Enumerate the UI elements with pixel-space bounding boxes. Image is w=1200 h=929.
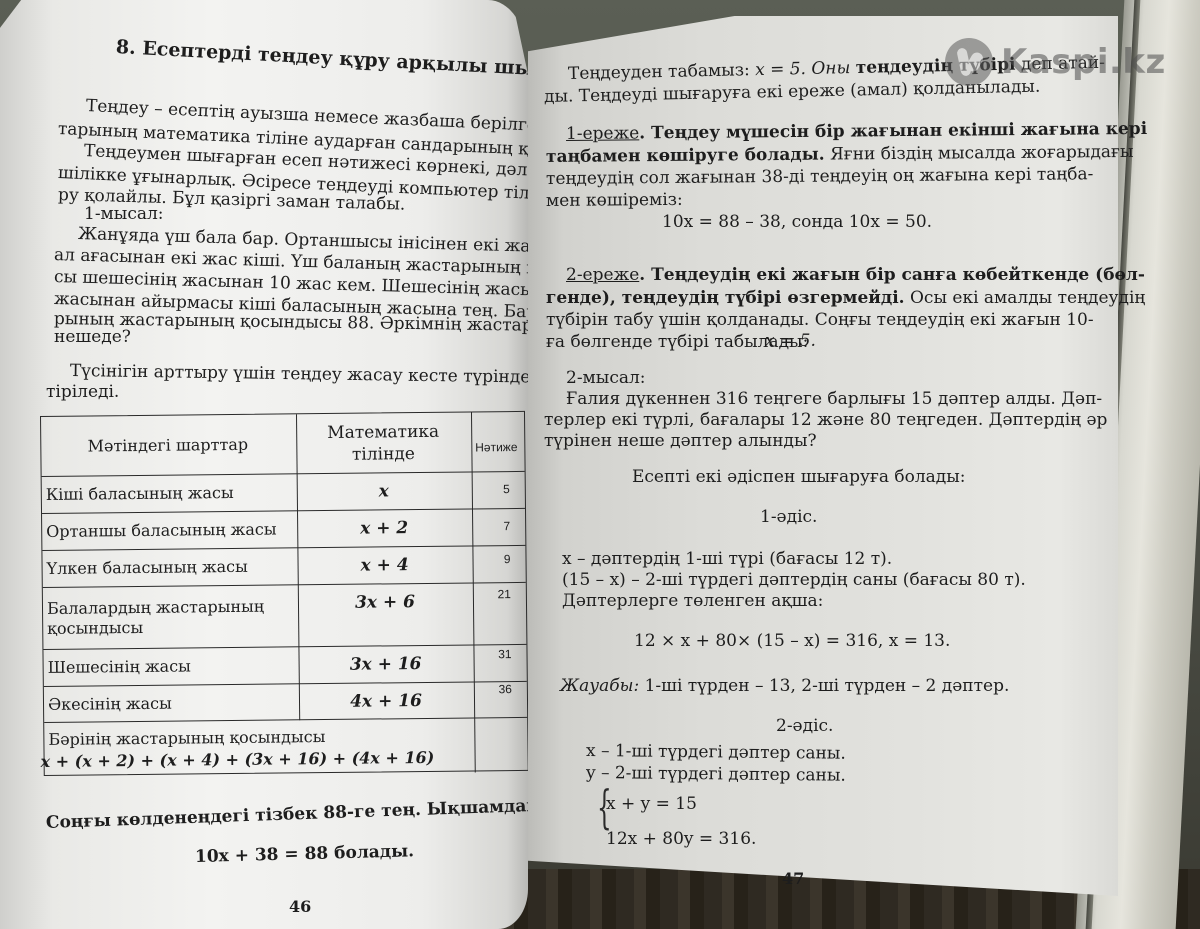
table-row: Ортаншы баласының жасы x + 2 7 — [42, 509, 525, 551]
row-result: 21 — [473, 587, 523, 602]
row-math: 4x + 16 — [301, 683, 471, 720]
rule1-equation: 10x = 88 – 38, сонда 10x = 50. — [662, 211, 932, 233]
rule2-label: 2-ереже — [566, 265, 639, 285]
system-equation-2: 12x + 80y = 316. — [606, 828, 756, 850]
row-result: 5 — [472, 482, 522, 497]
row-condition: Шешесінің жасы — [47, 647, 292, 686]
table-row: Балалардың жастарының қосындысы 3x + 6 2… — [43, 583, 527, 650]
example-line: нешеде? — [54, 326, 131, 348]
kaspi-logo-icon — [945, 38, 993, 86]
header-result: Нәтиже — [471, 440, 521, 455]
page-number-left: 46 — [289, 896, 311, 918]
row-math: x — [299, 473, 469, 511]
row-result: 31 — [473, 647, 523, 662]
answer-text: 1-ші түрден – 13, 2-ші түрден – 2 дәптер… — [639, 676, 1009, 696]
equation-table: Мәтіндегі шарттар Математика тілінде Нәт… — [40, 411, 529, 776]
row-result: 36 — [474, 682, 524, 697]
method1-title: 1-әдіс. — [760, 506, 817, 528]
watermark-text: Kaspi.kz — [1001, 42, 1166, 82]
rule2-line: түбірін табу үшін қолданады. Соңғы теңде… — [546, 309, 1094, 331]
example2-line: Ғалия дүкеннен 316 теңгеге барлығы 15 дә… — [566, 388, 1102, 410]
table-row: Үлкен баласының жасы x + 4 9 — [42, 546, 525, 588]
example-label: 1-мысал: — [84, 203, 164, 225]
table-total-row: Бәрінің жастарының қосындысы x + (x + 2)… — [44, 718, 528, 775]
method1-line: Дәптерлерге төленген ақша: — [562, 590, 823, 612]
example2-line: түрінен неше дәптер алынды? — [544, 430, 817, 452]
method2-title: 2-әдіс. — [776, 715, 833, 737]
row-math: 3x + 6 — [300, 584, 471, 647]
method1-equation: 12 × x + 80× (15 – x) = 316, x = 13. — [634, 630, 950, 652]
text-span: x = 5. Оны — [755, 58, 856, 80]
rule1-line: мен көшіреміз: — [546, 189, 683, 212]
rule2-equation: x = 5. — [765, 330, 816, 352]
text-span: таңбамен көшіруге болады. — [546, 145, 825, 167]
rule2-line: генде), теңдеудің түбірі өзгермейді. Осы… — [546, 287, 1145, 309]
system-equation-1: x + y = 15 — [606, 793, 697, 815]
row-result: 7 — [472, 519, 522, 534]
answer-label: Жауабы: — [560, 676, 639, 696]
text-span: Яғни біздің мысалда жоғарыдағы — [825, 142, 1134, 165]
table-header: Мәтіндегі шарттар Математика тілінде Нәт… — [41, 412, 525, 477]
text-span: . Теңдеу мүшесін бір жағынан екінші жағы… — [639, 119, 1147, 143]
table-intro-line: Түсінігін арттыру үшін теңдеу жасау кест… — [70, 360, 593, 389]
text-span: Теңдеуден табамыз: — [568, 60, 756, 84]
method1-line: x – дәптердің 1-ші түрі (бағасы 12 т). — [562, 548, 892, 570]
example2-label: 2-мысал: — [566, 367, 646, 389]
method2-line: x – 1-ші түрдегі дәптер саны. — [586, 740, 846, 765]
text-span: Осы екі амалды теңдеудің — [905, 288, 1146, 308]
table-row: Шешесінің жасы 3x + 16 31 — [43, 645, 526, 687]
table-row: Әкесінің жасы 4x + 16 36 — [44, 682, 527, 723]
table-intro-line: тіріледі. — [46, 381, 119, 403]
text-span: генде), теңдеудің түбірі өзгермейді. — [546, 288, 905, 308]
header-math: Математика тілінде — [298, 413, 469, 474]
total-label: Бәрінің жастарының қосындысы — [48, 726, 325, 751]
example2-line: терлер екі түрлі, бағалары 12 және 80 те… — [544, 409, 1107, 431]
row-math: x + 4 — [299, 547, 469, 585]
watermark: Kaspi.kz — [945, 38, 1166, 86]
text-span: . Теңдеудің екі жағын бір санға көбейтке… — [639, 265, 1145, 285]
two-methods-text: Есепті екі әдіспен шығаруға болады: — [632, 466, 966, 488]
row-result: 9 — [472, 552, 522, 567]
section-title: 8. Есептерді теңдеу құру арқылы шығару — [115, 36, 583, 82]
row-math: 3x + 16 — [300, 646, 470, 684]
method2-line: y – 2-ші түрдегі дәптер саны. — [586, 762, 846, 787]
method1-line: (15 – x) – 2-ші түрдегі дәптердің саны (… — [562, 569, 1026, 591]
row-condition: Ортаншы баласының жасы — [46, 511, 291, 550]
answer-line: Жауабы: 1-ші түрден – 13, 2-ші түрден – … — [560, 675, 1009, 697]
page-number-right: 47 — [782, 868, 804, 890]
table-row: Кіші баласының жасы x 5 — [42, 472, 525, 514]
row-condition: Әкесінің жасы — [48, 684, 293, 722]
left-page: 8. Есептерді теңдеу құру арқылы шығару Т… — [0, 0, 528, 929]
row-condition: Кіші баласының жасы — [46, 474, 291, 513]
row-condition: Балалардың жастарының қосындысы — [47, 586, 278, 649]
final-equation: 10x + 38 = 88 болады. — [195, 840, 415, 868]
row-condition: Үлкен баласының жасы — [46, 548, 291, 587]
header-conditions: Мәтіндегі шарттар — [45, 414, 291, 476]
total-expression: x + (x + 2) + (x + 4) + (3x + 16) + (4x … — [41, 747, 435, 773]
row-math: x + 2 — [299, 510, 469, 548]
rule1-label: 1-ереже — [566, 123, 639, 144]
rule2-line: 2-ереже. Теңдеудің екі жағын бір санға к… — [566, 264, 1145, 286]
